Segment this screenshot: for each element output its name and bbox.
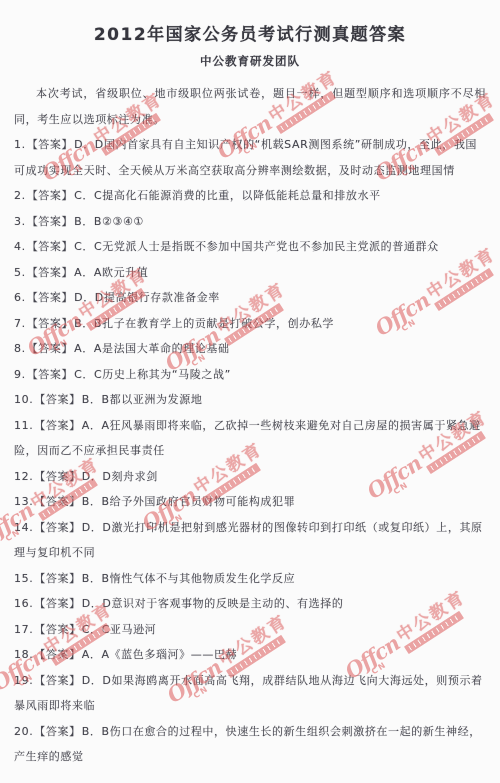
answer-label: 【答案】 [27,266,73,279]
answer-letter: B [82,572,90,585]
letter-separator: ． [90,495,102,508]
letter-separator: ． [82,189,94,202]
answer-text: B都以亚洲为发源地 [101,393,202,406]
answer-item: 10.【答案】B．B都以亚洲为发源地 [14,387,486,413]
answer-label: 【答案】 [27,368,73,381]
letter-separator: ． [82,215,94,228]
answer-item: 16.【答案】D．D意识对于客观事物的反映是主动的、有选择的 [14,591,486,617]
answer-item: 4.【答案】C．C无党派人士是指既不参加中国共产党也不参加民主党派的普通群众 [14,234,486,260]
answer-label: 【答案】 [34,393,80,406]
answer-letter: B [82,725,90,738]
answer-letter: D [82,674,91,687]
letter-separator: ． [90,572,102,585]
letter-separator: ． [82,368,94,381]
answer-letter: D [82,470,91,483]
answer-number: 15. [14,572,33,585]
answer-text: D刻舟求剑 [102,470,157,483]
answer-text: C无党派人士是指既不参加中国共产党也不参加民主党派的普通群众 [94,240,439,253]
letter-separator: ． [91,521,103,534]
answer-number: 17. [14,623,33,636]
answer-number: 13. [14,495,33,508]
answer-item: 12.【答案】D．D刻舟求剑 [14,464,486,490]
answer-letter: C [82,623,90,636]
answer-text: B孔子在教育学上的贡献是打破公学，创办私学 [94,317,334,330]
answer-number: 11. [14,419,33,432]
answer-text: A《蓝色多瑙河》——巴赫 [101,648,237,661]
answer-label: 【答案】 [34,623,80,636]
answer-item: 18.【答案】A．A《蓝色多瑙河》——巴赫 [14,642,486,668]
answer-number: 19. [14,674,33,687]
answer-item: 7.【答案】B．B孔子在教育学上的贡献是打破公学，创办私学 [14,311,486,337]
answer-label: 【答案】 [34,674,80,687]
answer-item: 6.【答案】D．D提高银行存款准备金率 [14,285,486,311]
answer-letter: B [82,393,90,406]
letter-separator: ． [82,317,94,330]
letter-separator: ． [90,393,102,406]
answer-number: 20. [14,725,33,738]
answer-item: 3.【答案】B．B②③④① [14,209,486,235]
answer-label: 【答案】 [27,240,73,253]
answer-text: B②③④① [94,215,144,228]
answer-number: 10. [14,393,33,406]
answer-number: 4. [14,240,26,253]
answer-number: 12. [14,470,33,483]
answer-number: 8. [14,342,26,355]
answer-label: 【答案】 [27,215,73,228]
answer-item: 19.【答案】D．D如果海鸥离开水面高高飞翔，成群结队地从海边飞向大海远处，则预… [14,668,486,719]
answer-label: 【答案】 [27,317,73,330]
letter-separator: ． [91,597,103,610]
answer-label: 【答案】 [27,138,73,151]
answer-letter: D [82,521,91,534]
answer-label: 【答案】 [27,342,73,355]
answer-number: 5. [14,266,26,279]
answer-number: 16. [14,597,33,610]
answer-number: 14. [14,521,33,534]
letter-separator: ． [90,623,102,636]
answer-label: 【答案】 [34,521,80,534]
answer-item: 15.【答案】B．B惰性气体不与其他物质发生化学反应 [14,566,486,592]
answer-item: 20.【答案】B．B伤口在愈合的过程中，快速生长的新生组织会刺激挤在一起的新生神… [14,719,486,770]
answer-item: 11.【答案】A．A狂风暴雨即将来临，乙砍掉一些树枝来避免对自己房屋的损害属于紧… [14,413,486,464]
answer-number: 6. [14,291,26,304]
letter-separator: ． [90,725,102,738]
answer-label: 【答案】 [34,470,80,483]
answer-item: 14.【答案】D．D激光打印机是把射到感光器材的图像转印到打印纸（或复印纸）上，… [14,515,486,566]
answer-text: A欧元升值 [94,266,149,279]
letter-separator: ． [82,266,94,279]
answer-item: 2.【答案】C．C提高化石能源消费的比重，以降低能耗总量和排放水平 [14,183,486,209]
answer-label: 【答案】 [34,572,80,585]
answer-text: B给予外国政府官员财物可能构成犯罪 [101,495,295,508]
answer-item: 5.【答案】A．A欧元升值 [14,260,486,286]
answer-letter: A [82,648,90,661]
answer-letter: A [82,419,90,432]
answer-letter: D [74,291,83,304]
answer-label: 【答案】 [34,648,80,661]
answer-label: 【答案】 [34,419,80,432]
answer-text: C亚马逊河 [102,623,157,636]
answer-label: 【答案】 [27,291,73,304]
answer-label: 【答案】 [27,189,73,202]
document-page: 2012年国家公务员考试行测真题答案 中公教育研发团队 本次考试，省级职位、地市… [0,0,500,783]
answer-label: 【答案】 [34,597,80,610]
answer-item: 9.【答案】C．C历史上称其为“马陵之战” [14,362,486,388]
answer-text: D提高银行存款准备金率 [95,291,220,304]
answer-item: 1.【答案】D．D国内首家具有自主知识产权的“机载SAR测图系统”研制成功，至此… [14,132,486,183]
answer-list: 1.【答案】D．D国内首家具有自主知识产权的“机载SAR测图系统”研制成功，至此… [14,132,486,770]
answer-number: 1. [14,138,26,151]
intro-paragraph: 本次考试，省级职位、地市级职位两张试卷，题目一样，但题型顺序和选项顺序不尽相同，… [14,81,486,132]
answer-item: 17.【答案】C．C亚马逊河 [14,617,486,643]
letter-separator: ． [83,138,95,151]
answer-item: 8.【答案】A．A是法国大革命的理论基础 [14,336,486,362]
answer-letter: B [82,495,90,508]
answer-label: 【答案】 [34,495,80,508]
answer-letter: D [74,138,83,151]
answer-letter: D [82,597,91,610]
letter-separator: ． [82,240,94,253]
answer-number: 18. [14,648,33,661]
answer-text: C历史上称其为“马陵之战” [94,368,231,381]
answer-number: 9. [14,368,26,381]
letter-separator: ． [91,470,103,483]
letter-separator: ． [91,674,103,687]
letter-separator: ． [83,291,95,304]
answer-text: D意识对于客观事物的反映是主动的、有选择的 [102,597,343,610]
answer-number: 7. [14,317,26,330]
letter-separator: ． [82,342,94,355]
answer-label: 【答案】 [34,725,80,738]
answer-number: 2. [14,189,26,202]
page-title: 2012年国家公务员考试行测真题答案 [14,20,486,45]
answer-text: C提高化石能源消费的比重，以降低能耗总量和排放水平 [94,189,381,202]
answer-item: 13.【答案】B．B给予外国政府官员财物可能构成犯罪 [14,489,486,515]
answer-text: B惰性气体不与其他物质发生化学反应 [101,572,295,585]
page-subtitle: 中公教育研发团队 [14,53,486,69]
letter-separator: ． [90,419,102,432]
letter-separator: ． [90,648,102,661]
answer-number: 3. [14,215,26,228]
answer-text: A是法国大革命的理论基础 [94,342,230,355]
